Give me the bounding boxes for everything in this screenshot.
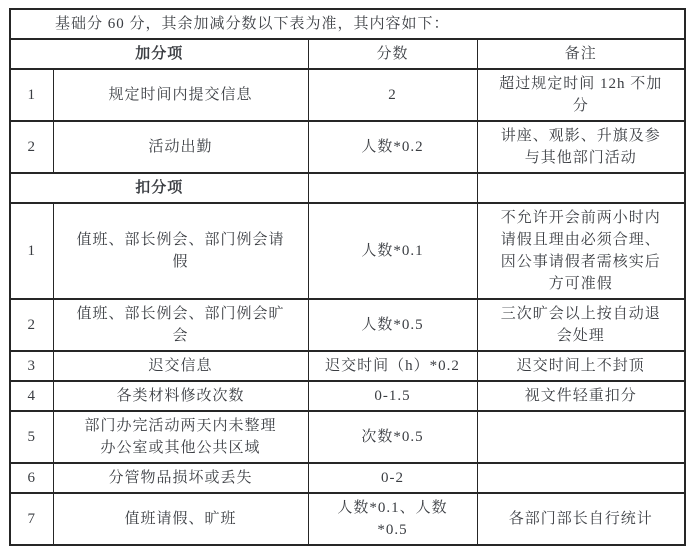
score-cell: 0-2 bbox=[308, 463, 477, 493]
title-row: 基础分 60 分，其余加减分数以下表为准，其内容如下： bbox=[10, 9, 685, 39]
row-number-cell: 2 bbox=[10, 121, 53, 173]
row-number-cell: 4 bbox=[10, 381, 53, 411]
score-cell: 人数*0.1、人数 *0.5 bbox=[308, 493, 477, 545]
remark-cell: 各部门部长自行统计 bbox=[477, 493, 685, 545]
row-number-cell: 2 bbox=[10, 299, 53, 351]
remark-cell: 视文件轻重扣分 bbox=[477, 381, 685, 411]
remark-cell: 迟交时间上不封顶 bbox=[477, 351, 685, 381]
remark-cell: 三次旷会以上按自动退 会处理 bbox=[477, 299, 685, 351]
item-cell: 各类材料修改次数 bbox=[53, 381, 308, 411]
row-number-cell: 7 bbox=[10, 493, 53, 545]
item-cell: 值班、部长例会、部门例会旷 会 bbox=[53, 299, 308, 351]
item-cell: 迟交信息 bbox=[53, 351, 308, 381]
item-cell: 值班、部长例会、部门例会请 假 bbox=[53, 203, 308, 299]
row-number-cell: 5 bbox=[10, 411, 53, 463]
score-cell: 人数*0.5 bbox=[308, 299, 477, 351]
empty-cell bbox=[308, 173, 477, 203]
document-page: 基础分 60 分，其余加减分数以下表为准，其内容如下： 加分项 分数 备注 1 … bbox=[0, 0, 693, 556]
item-cell: 规定时间内提交信息 bbox=[53, 69, 308, 121]
item-cell: 活动出勤 bbox=[53, 121, 308, 173]
item-cell: 部门办完活动两天内未整理 办公室或其他公共区域 bbox=[53, 411, 308, 463]
empty-cell bbox=[477, 463, 685, 493]
table-row: 7 值班请假、旷班 人数*0.1、人数 *0.5 各部门部长自行统计 bbox=[10, 493, 685, 545]
score-cell: 人数*0.2 bbox=[308, 121, 477, 173]
row-number-cell: 1 bbox=[10, 69, 53, 121]
score-rules-table: 基础分 60 分，其余加减分数以下表为准，其内容如下： 加分项 分数 备注 1 … bbox=[9, 8, 686, 546]
table-row: 3 迟交信息 迟交时间（h）*0.2 迟交时间上不封顶 bbox=[10, 351, 685, 381]
score-column-header: 分数 bbox=[308, 39, 477, 69]
header-row: 加分项 分数 备注 bbox=[10, 39, 685, 69]
table-row: 2 值班、部长例会、部门例会旷 会 人数*0.5 三次旷会以上按自动退 会处理 bbox=[10, 299, 685, 351]
score-cell: 次数*0.5 bbox=[308, 411, 477, 463]
remark-cell: 讲座、观影、升旗及参 与其他部门活动 bbox=[477, 121, 685, 173]
deduct-section-header: 扣分项 bbox=[10, 173, 308, 203]
table-title: 基础分 60 分，其余加减分数以下表为准，其内容如下： bbox=[10, 9, 685, 39]
table-row: 5 部门办完活动两天内未整理 办公室或其他公共区域 次数*0.5 bbox=[10, 411, 685, 463]
table-row: 1 规定时间内提交信息 2 超过规定时间 12h 不加 分 bbox=[10, 69, 685, 121]
table-row: 6 分管物品损坏或丢失 0-2 bbox=[10, 463, 685, 493]
item-cell: 值班请假、旷班 bbox=[53, 493, 308, 545]
row-number-cell: 3 bbox=[10, 351, 53, 381]
add-section-header: 加分项 bbox=[10, 39, 308, 69]
item-cell: 分管物品损坏或丢失 bbox=[53, 463, 308, 493]
row-number-cell: 1 bbox=[10, 203, 53, 299]
empty-cell bbox=[477, 411, 685, 463]
row-number-cell: 6 bbox=[10, 463, 53, 493]
score-cell: 0-1.5 bbox=[308, 381, 477, 411]
table-row: 1 值班、部长例会、部门例会请 假 人数*0.1 不允许开会前两小时内 请假且理… bbox=[10, 203, 685, 299]
remark-cell: 超过规定时间 12h 不加 分 bbox=[477, 69, 685, 121]
score-cell: 迟交时间（h）*0.2 bbox=[308, 351, 477, 381]
empty-cell bbox=[477, 173, 685, 203]
score-cell: 2 bbox=[308, 69, 477, 121]
table-row: 2 活动出勤 人数*0.2 讲座、观影、升旗及参 与其他部门活动 bbox=[10, 121, 685, 173]
score-cell: 人数*0.1 bbox=[308, 203, 477, 299]
remark-column-header: 备注 bbox=[477, 39, 685, 69]
section-header-row: 扣分项 bbox=[10, 173, 685, 203]
table-row: 4 各类材料修改次数 0-1.5 视文件轻重扣分 bbox=[10, 381, 685, 411]
remark-cell: 不允许开会前两小时内 请假且理由必须合理、 因公事请假者需核实后 方可准假 bbox=[477, 203, 685, 299]
